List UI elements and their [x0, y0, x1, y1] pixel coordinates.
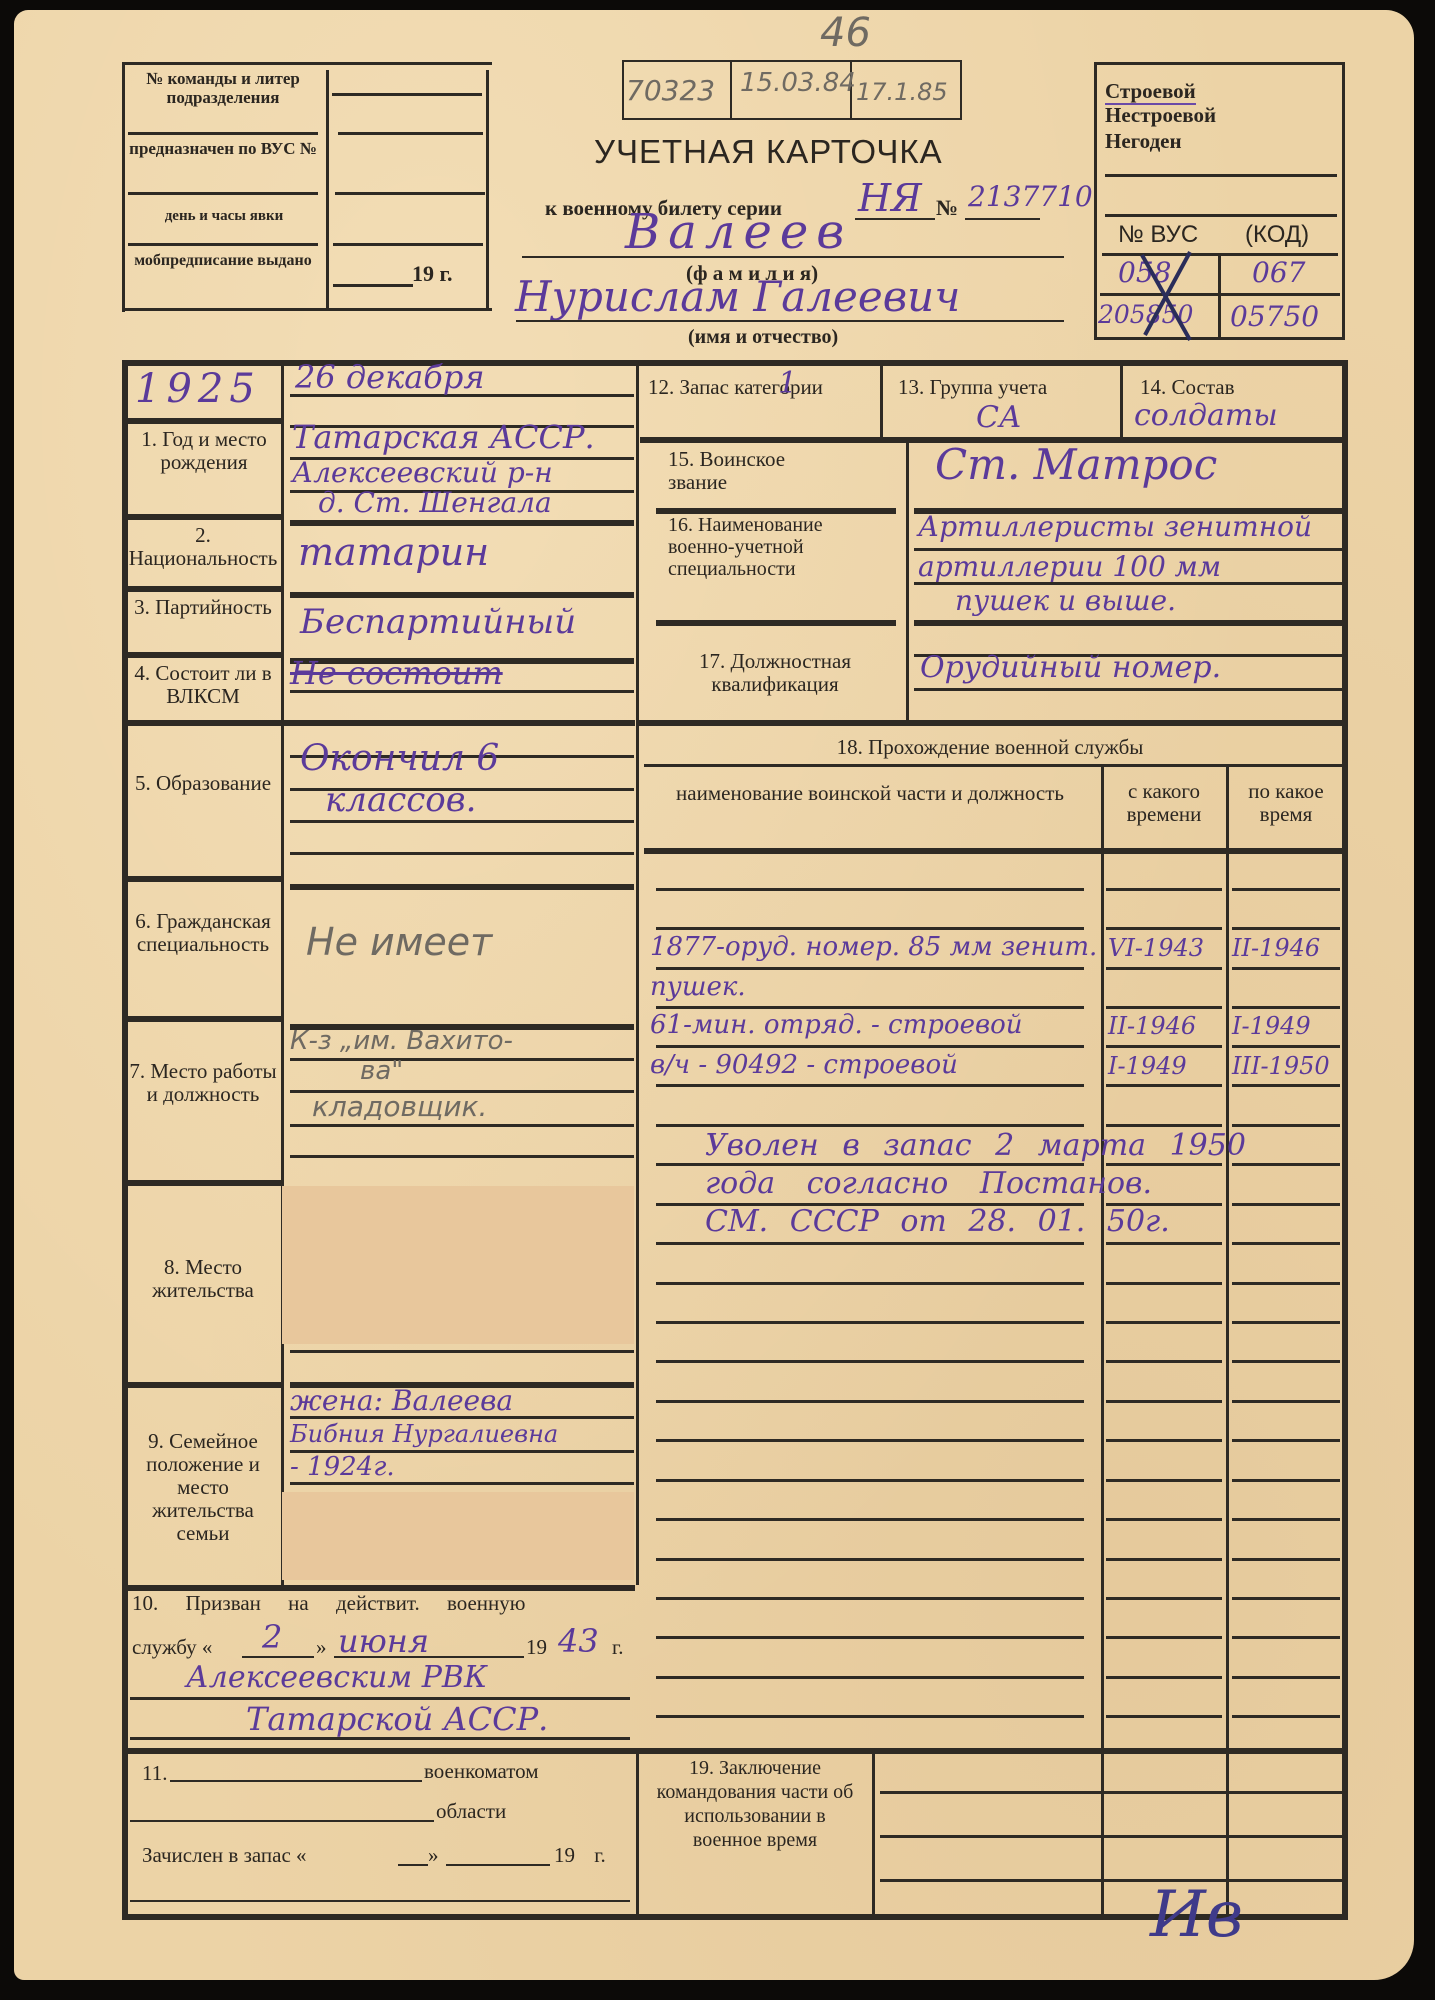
label-reserve-category: 12. Запас категории — [648, 376, 868, 399]
family-line-2: Бибния Нургалиевна — [290, 1420, 558, 1448]
account-group-value: СА — [976, 400, 1022, 435]
signature: Ив — [1150, 1878, 1243, 1952]
label-civil-specialty: 6. Гражданская специальность — [126, 910, 280, 956]
conscripted-line-2: Татарской АССР. — [246, 1700, 548, 1738]
stamp-date: 15.03.84 — [740, 68, 856, 98]
code-header: (КОД) — [1245, 222, 1309, 248]
discharge-note-1: Уволен в запас 2 марта 1950 — [705, 1128, 1246, 1163]
service-unit: 1877-оруд. номер. 85 мм зенит. — [650, 932, 1097, 962]
label-specialty: 16. Наименование военно-учетной специаль… — [668, 514, 868, 580]
birth-line-3: Алексеевский р-н — [292, 456, 553, 489]
workplace-line-1: К-з „им. Вахито- — [290, 1026, 513, 1056]
label-education: 5. Образование — [128, 772, 278, 795]
birth-line-4: д. Ст. Шенгала — [318, 486, 552, 519]
workplace-line-3: кладовщик. — [312, 1090, 487, 1123]
discharge-note-3: СМ. СССР от 28. 01. 50г. — [705, 1204, 1170, 1239]
service-to: I-1949 — [1232, 1012, 1311, 1040]
label-account-group: 13. Группа учета — [898, 376, 1047, 399]
birth-line-2: Татарская АССР. — [292, 418, 595, 456]
family-line-1: жена: Валеева — [290, 1384, 513, 1417]
education-line-2: классов. — [325, 780, 476, 820]
service-to: III-1950 — [1232, 1052, 1330, 1080]
card-title: УЧЕТНАЯ КАРТОЧКА — [594, 134, 943, 170]
reserve-year: 19 г. — [554, 1844, 606, 1867]
fitness-option-unfit: Негоден — [1105, 130, 1182, 153]
qualification-value: Орудийный номер. — [920, 650, 1221, 685]
label-f11: 11. — [142, 1762, 167, 1785]
service-from: VI-1943 — [1108, 934, 1204, 962]
specialty-line-2: артиллерии 100 мм — [918, 550, 1221, 583]
conscripted-day: 2 — [262, 1618, 282, 1656]
party-value: Беспартийный — [300, 602, 576, 642]
label-conscripted-b: службу « — [132, 1636, 212, 1659]
name-caption: (имя и отчество) — [688, 326, 838, 348]
conscripted-line-1: Алексеевским РВК — [186, 1660, 487, 1695]
quote-close-2: » — [428, 1844, 439, 1867]
label-rank: 15. Воинское звание — [668, 448, 848, 494]
conscripted-year-prefix: 19 — [526, 1636, 547, 1659]
komsomol-value: Не состоит — [290, 654, 503, 692]
label-residence: 8. Место жительства — [128, 1256, 278, 1302]
label-birth: 1. Год и место рождения — [130, 428, 278, 474]
civil-specialty-value: Не имеет — [306, 920, 492, 964]
label-voenkomat: военкоматом — [424, 1760, 539, 1783]
cross-out-mark-icon — [1130, 250, 1200, 345]
conscripted-month: июня — [338, 1622, 429, 1660]
service-unit: в/ч - 90492 - строевой — [650, 1050, 958, 1080]
stamp-number: 70323 — [626, 74, 715, 107]
name-value: Нурислам Галеевич — [515, 272, 960, 321]
label-qualification: 17. Должностная квалификация — [660, 650, 890, 696]
family-line-3: - 1924г. — [290, 1452, 395, 1482]
reserve-category-value: 1 — [778, 366, 797, 401]
service-col-from: с какого времени — [1104, 780, 1224, 826]
vus-header: № ВУС — [1118, 222, 1198, 248]
label-team-number: № команды и литер подразделения — [128, 70, 318, 107]
stamp-extra: 17.1.85 — [856, 78, 948, 106]
service-unit: пушек. — [650, 972, 746, 1002]
label-day-hours: день и часы явки — [126, 208, 322, 225]
fitness-option-combat: Строевой — [1105, 80, 1196, 105]
mob-order-year: 19 г. — [412, 262, 453, 286]
label-family: 9. Семейное положение и место жительства… — [126, 1430, 280, 1545]
birth-line-1: 26 декабря — [295, 358, 485, 396]
conscripted-year-suffix: г. — [612, 1636, 624, 1659]
workplace-line-2: ва" — [360, 1056, 403, 1086]
rank-value: Ст. Матрос — [935, 440, 1217, 489]
service-col-to: по какое время — [1230, 780, 1342, 826]
service-unit: 61-мин. отряд. - строевой — [650, 1010, 1022, 1040]
ticket-number: 2137710 — [968, 180, 1093, 213]
service-to: II-1946 — [1232, 934, 1320, 962]
service-title: 18. Прохождение военной службы — [640, 736, 1340, 759]
label-party: 3. Партийность — [128, 596, 278, 619]
label-assigned-vus: предназначен по ВУС № — [128, 140, 318, 159]
birth-year: 1925 — [135, 366, 261, 412]
redacted-family-residence — [282, 1492, 634, 1580]
label-nationality: 2. Национальность — [128, 524, 278, 570]
label-composition: 14. Состав — [1140, 376, 1235, 399]
label-komsomol: 4. Состоит ли в ВЛКСМ — [126, 662, 280, 708]
surname-value: Валеев — [625, 204, 852, 260]
code-value-2: 05750 — [1230, 300, 1319, 333]
ticket-no-label: № — [936, 196, 958, 220]
conscripted-year: 43 — [558, 1622, 599, 1660]
label-reserve-enrolled: Зачислен в запас « — [142, 1844, 307, 1867]
fitness-option-noncombat: Нестроевой — [1105, 104, 1216, 127]
redacted-residence — [282, 1186, 634, 1344]
page-number: 46 — [820, 10, 871, 56]
label-command-conclusion: 19. Заключение командования части об исп… — [650, 1756, 860, 1852]
nationality-value: татарин — [298, 530, 489, 574]
label-oblast: области — [436, 1800, 506, 1823]
ticket-series: НЯ — [858, 176, 922, 220]
label-workplace: 7. Место работы и должность — [128, 1060, 278, 1106]
service-col-unit: наименование воинской части и должность — [660, 782, 1080, 805]
specialty-line-1: Артиллеристы зенитной — [918, 510, 1312, 543]
discharge-note-2: года согласно Постанов. — [705, 1166, 1152, 1201]
code-value-1: 067 — [1252, 256, 1305, 289]
label-conscripted-a: 10. Призван на действит. военную — [132, 1592, 525, 1615]
specialty-line-3: пушек и выше. — [955, 584, 1176, 617]
service-from: I-1949 — [1108, 1052, 1187, 1080]
composition-value: солдаты — [1134, 398, 1278, 433]
service-from: II-1946 — [1108, 1012, 1196, 1040]
quote-close: » — [316, 1636, 327, 1659]
label-mob-order: мобпредписание выдано — [128, 252, 318, 270]
education-line-1: Окончил 6 — [300, 738, 499, 779]
